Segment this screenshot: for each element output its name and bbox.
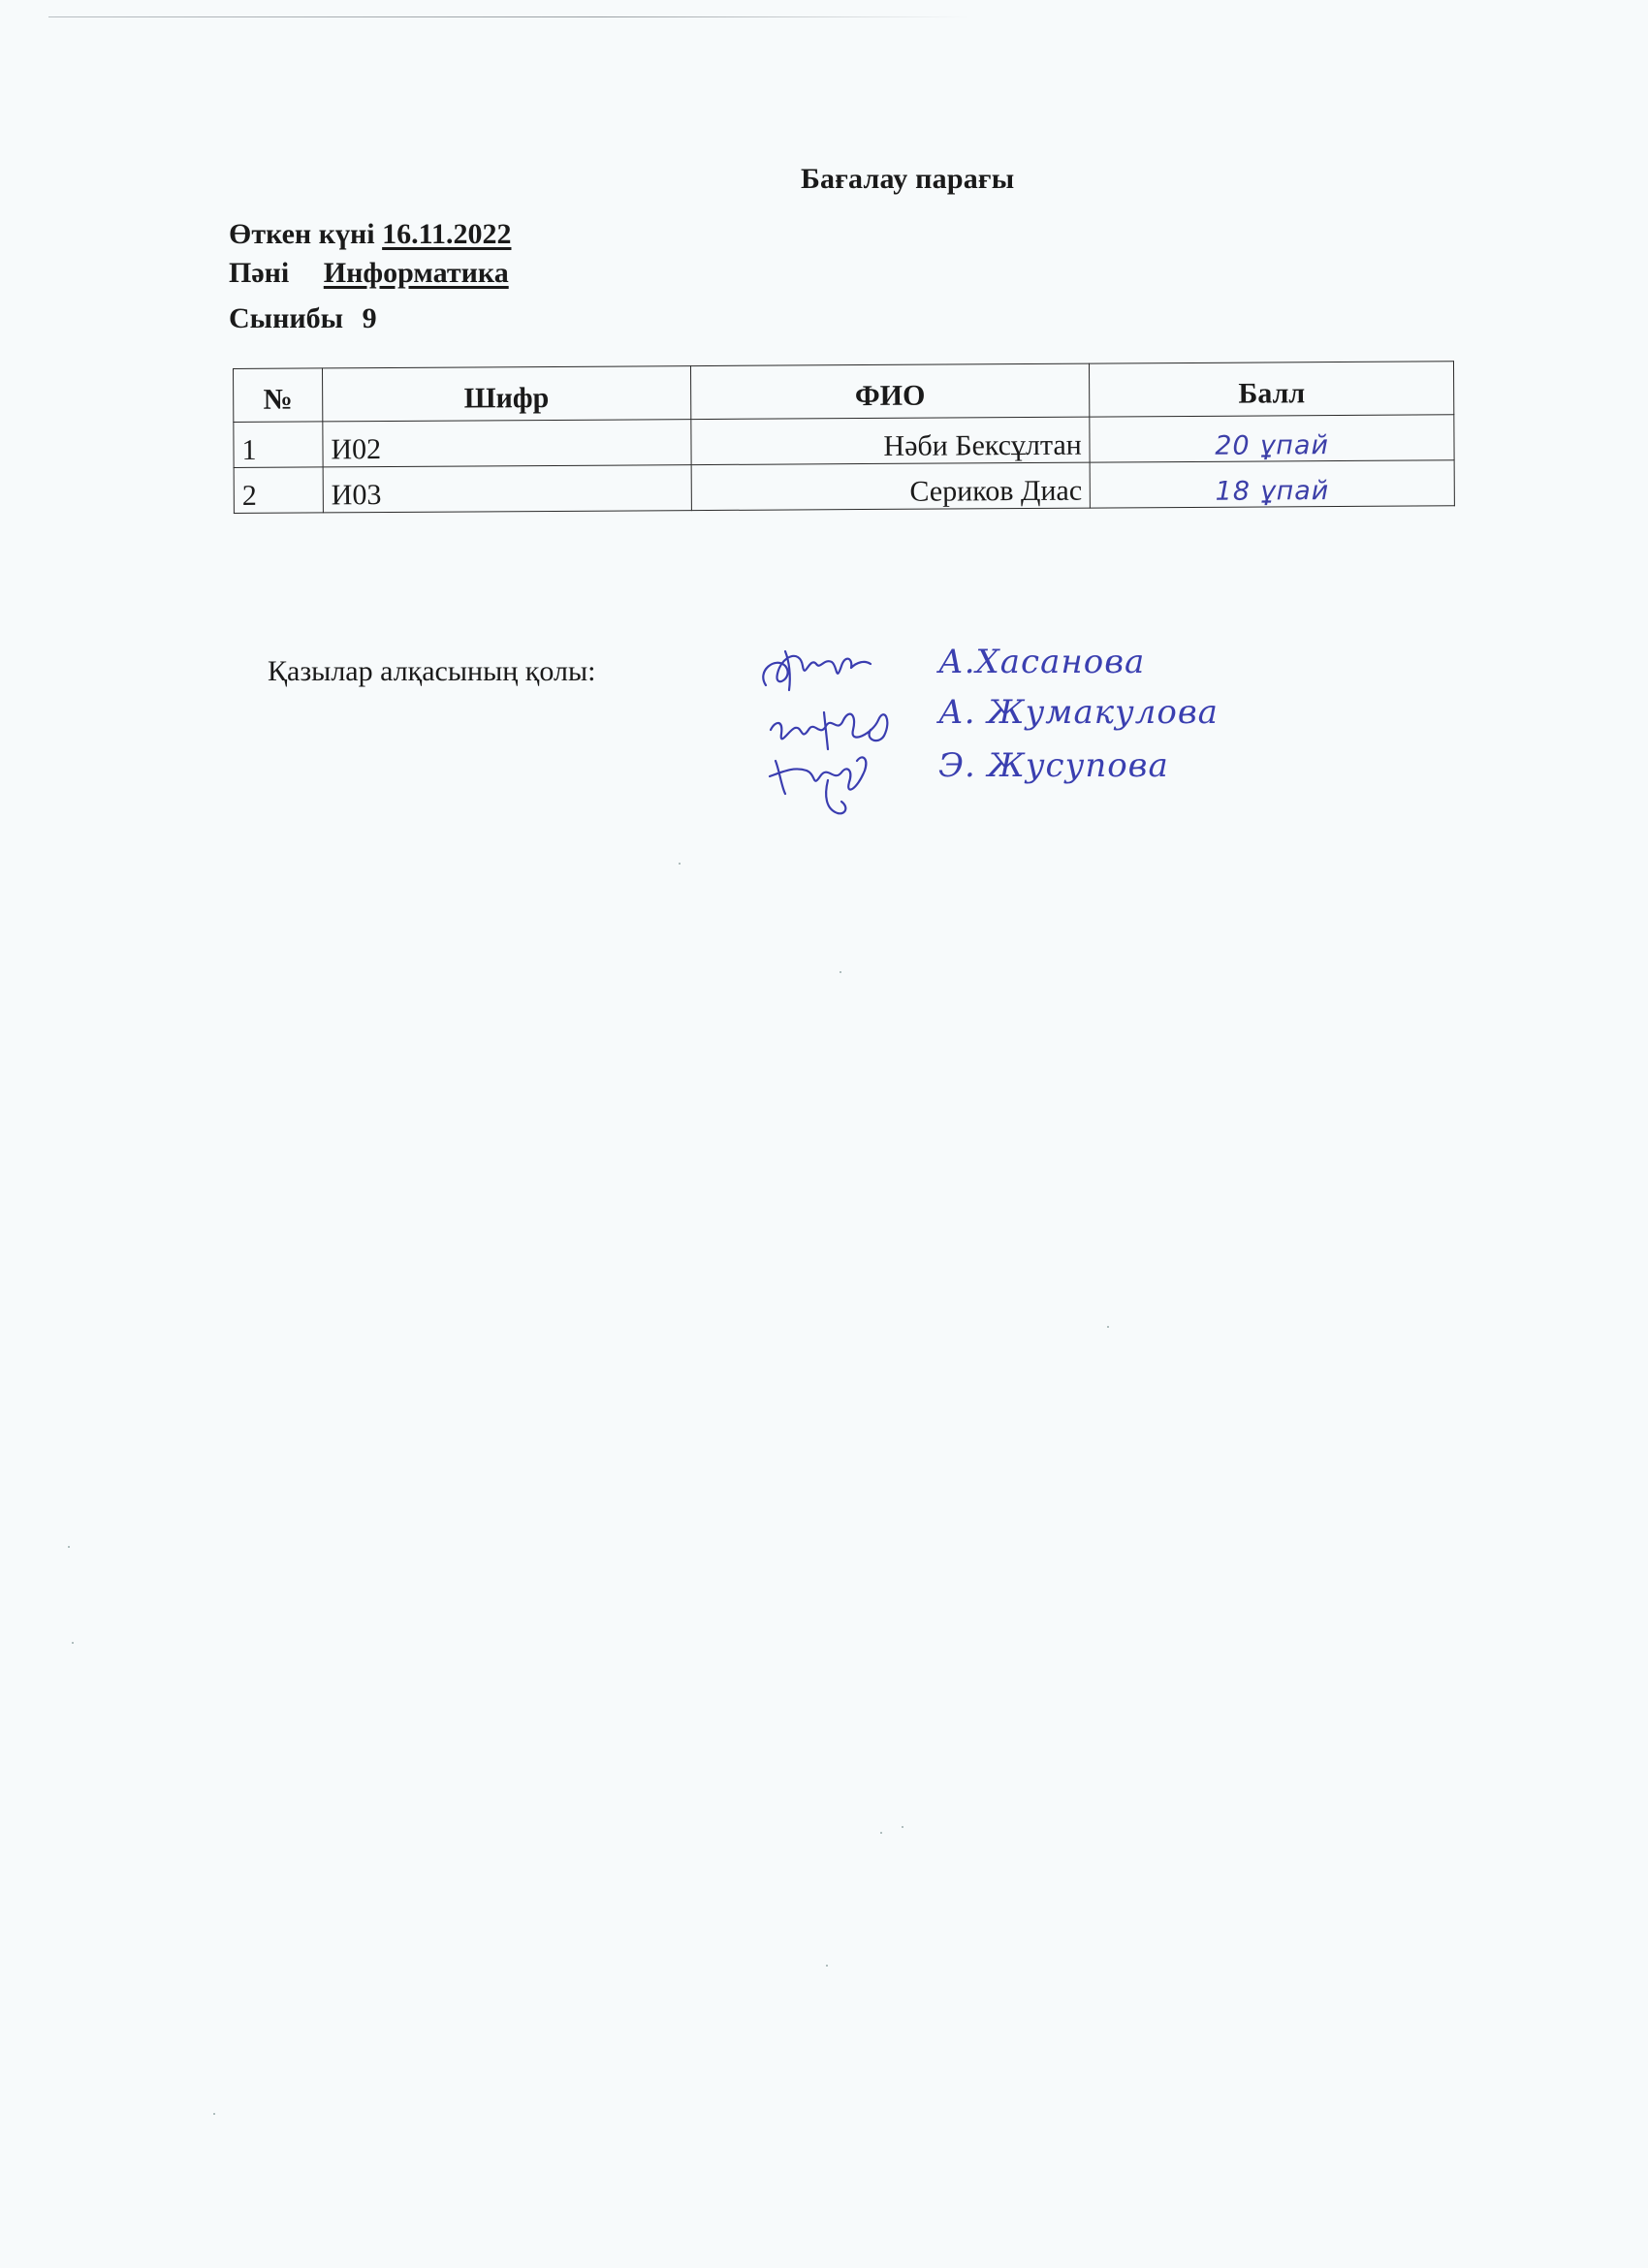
row-number: 2 bbox=[234, 467, 323, 514]
row-fullname: Нәби Бексұлтан bbox=[690, 417, 1090, 465]
class-value: 9 bbox=[363, 302, 377, 334]
scan-speck bbox=[72, 1642, 74, 1644]
row-score-handwritten: 18 ұпай bbox=[1090, 460, 1454, 508]
table-row: 2 И03 Сериков Диас 18 ұпай bbox=[234, 460, 1454, 514]
scan-speck bbox=[1107, 1326, 1109, 1328]
row-fullname: Сериков Диас bbox=[691, 462, 1091, 511]
scan-edge-line bbox=[48, 16, 969, 17]
scan-speck bbox=[68, 1546, 70, 1548]
class-label: Сынибы bbox=[229, 302, 343, 334]
row-number: 1 bbox=[234, 422, 323, 468]
date-label: Өткен күні bbox=[229, 218, 375, 250]
scan-speck bbox=[880, 1832, 882, 1834]
class-row: Сынибы 9 bbox=[229, 302, 377, 335]
grades-table: № Шифр ФИО Балл 1 И02 Нәби Бексұлтан 20 … bbox=[233, 361, 1455, 514]
subject-row: Пәні Информатика bbox=[229, 257, 509, 290]
date-row: Өткен күні 16.11.2022 bbox=[229, 218, 511, 251]
header-number: № bbox=[234, 368, 323, 423]
subject-label: Пәні bbox=[229, 257, 289, 289]
scan-speck bbox=[826, 1965, 828, 1967]
jury-signature-label: Қазылар алқасының қолы: bbox=[268, 655, 595, 688]
jury-signatures: А.Хасанова А. Жумакулова Э. Жусупова bbox=[756, 635, 1299, 819]
signature-name-2: А. Жумакулова bbox=[938, 693, 1219, 732]
header-fullname: ФИО bbox=[690, 363, 1090, 420]
date-value: 16.11.2022 bbox=[382, 218, 511, 250]
scan-speck bbox=[840, 971, 841, 973]
signature-scribble-3 bbox=[756, 732, 911, 819]
row-score-handwritten: 20 ұпай bbox=[1090, 415, 1454, 462]
subject-value: Информатика bbox=[324, 257, 509, 289]
scan-speck bbox=[679, 863, 681, 865]
row-code: И02 bbox=[323, 420, 691, 467]
table-row: 1 И02 Нәби Бексұлтан 20 ұпай bbox=[234, 415, 1454, 468]
table-header-row: № Шифр ФИО Балл bbox=[234, 362, 1454, 423]
signature-name-3: Э. Жусупова bbox=[938, 746, 1169, 785]
header-code: Шифр bbox=[322, 366, 690, 422]
document-title: Бағалау парағы bbox=[801, 163, 1014, 196]
header-score: Балл bbox=[1090, 362, 1454, 417]
scan-speck bbox=[902, 1826, 903, 1828]
signature-scribble-1 bbox=[756, 637, 911, 695]
scan-speck bbox=[213, 2113, 215, 2115]
row-code: И03 bbox=[323, 465, 691, 513]
signature-name-1: А.Хасанова bbox=[938, 643, 1145, 681]
